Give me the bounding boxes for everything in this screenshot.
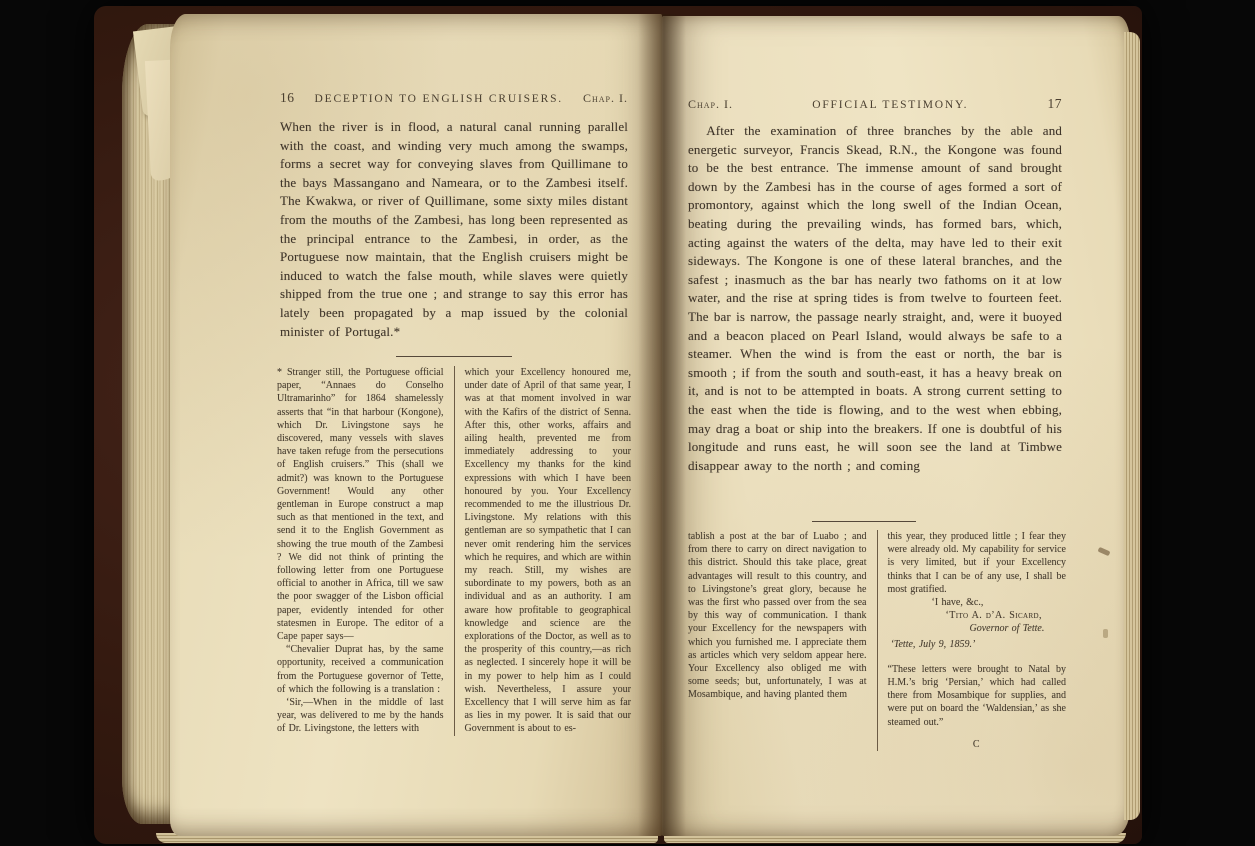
left-footnote: * Stranger still, the Portuguese officia… bbox=[277, 366, 631, 736]
right-footnote-rule bbox=[812, 521, 916, 522]
right-footnote-column-2: this year, they produced little ; I fear… bbox=[877, 530, 1067, 751]
left-body-text: When the river is in flood, a natural ca… bbox=[280, 118, 628, 341]
footnote-paragraph: this year, they produced little ; I fear… bbox=[888, 530, 1067, 596]
right-body-text: After the examination of three branches … bbox=[688, 122, 1062, 475]
letter-signature-title: Governor of Tette. bbox=[888, 622, 1067, 635]
right-page-edges bbox=[1124, 32, 1140, 820]
right-footnote: tablish a post at the bar of Luabo ; and… bbox=[688, 530, 1066, 751]
left-page: 16 DECEPTION TO ENGLISH CRUISERS. Chap. … bbox=[170, 14, 662, 836]
left-footnote-column-1: * Stranger still, the Portuguese officia… bbox=[277, 366, 444, 736]
footnote-paragraph: “These letters were brought to Natal by … bbox=[888, 663, 1067, 729]
footnote-paragraph: * Stranger still, the Portuguese officia… bbox=[277, 366, 444, 643]
left-running-title: DECEPTION TO ENGLISH CRUISERS. bbox=[315, 93, 563, 105]
right-page-number: 17 bbox=[1047, 96, 1062, 112]
book-photograph: 16 DECEPTION TO ENGLISH CRUISERS. Chap. … bbox=[0, 0, 1255, 846]
right-page: Chap. I. OFFICIAL TESTIMONY. 17 After th… bbox=[662, 16, 1130, 836]
printers-signature-mark: C bbox=[888, 738, 1067, 751]
left-chapter-label: Chap. I. bbox=[583, 91, 628, 106]
right-footnote-column-1: tablish a post at the bar of Luabo ; and… bbox=[688, 530, 867, 751]
letter-signature: ‘Tito A. d’A. Sicard, bbox=[888, 609, 1067, 622]
right-running-title: OFFICIAL TESTIMONY. bbox=[812, 99, 968, 111]
right-page-header: Chap. I. OFFICIAL TESTIMONY. 17 bbox=[688, 96, 1062, 112]
footnote-paragraph: “Chevalier Duprat has, by the same oppor… bbox=[277, 643, 444, 696]
right-chapter-label: Chap. I. bbox=[688, 97, 733, 112]
letter-closing: ‘I have, &c., bbox=[888, 596, 1067, 609]
left-page-header: 16 DECEPTION TO ENGLISH CRUISERS. Chap. … bbox=[280, 90, 628, 106]
left-footnote-rule bbox=[396, 356, 512, 357]
left-page-number: 16 bbox=[280, 90, 295, 106]
paper-speck bbox=[1103, 629, 1108, 638]
letter-dateline: ‘Tette, July 9, 1859.’ bbox=[888, 638, 1067, 651]
left-footnote-column-2: which your Excellency honoured me, under… bbox=[454, 366, 632, 736]
footnote-paragraph: ‘Sir,—When in the middle of last year, w… bbox=[277, 696, 444, 736]
footnote-paragraph: tablish a post at the bar of Luabo ; and… bbox=[688, 530, 867, 702]
footnote-paragraph: which your Excellency honoured me, under… bbox=[465, 366, 632, 736]
